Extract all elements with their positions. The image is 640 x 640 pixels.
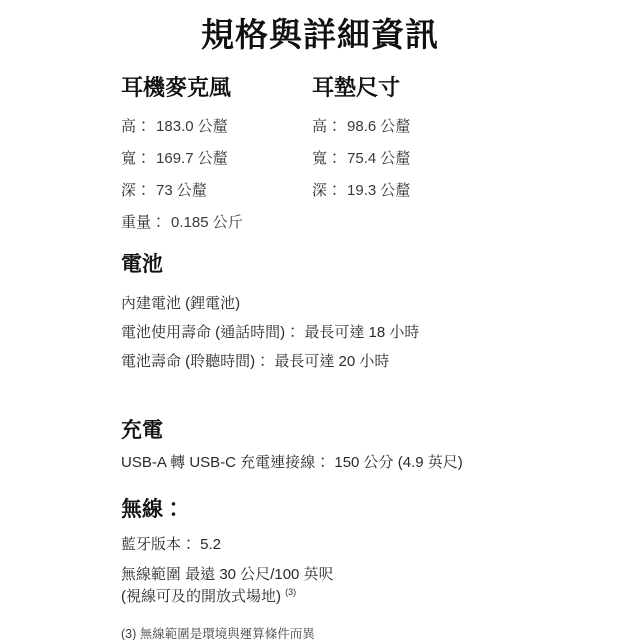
spec-label: 高： [121,118,151,135]
wireless-section: 無線： 藍牙版本： 5.2 無線範圍 最遠 30 公尺/100 英呎 (視線可及… [121,497,580,640]
spec-value: 98.6 公釐 [347,118,410,135]
spec-value: 0.185 公斤 [171,214,243,231]
wireless-range-paragraph: 無線範圍 最遠 30 公尺/100 英呎 (視線可及的開放式場地) (3) [121,564,580,608]
spec-row-headset-depth: 深：73 公釐 [121,175,312,207]
page-title: 規格與詳細資訊 [0,16,640,54]
battery-talk-time-line: 電池使用壽命 (通話時間)： 最長可達 18 小時 [121,323,580,343]
bluetooth-version-line: 藍牙版本： 5.2 [121,535,580,555]
spec-value: 19.3 公釐 [347,182,410,199]
battery-heading: 電池 [121,252,580,277]
earpad-dimensions-column: 耳墊尺寸 高：98.6 公釐 寬：75.4 公釐 深：19.3 公釐 [312,75,503,239]
charging-heading: 充電 [121,418,580,443]
headset-dimensions-column: 耳機麥克風 高：183.0 公釐 寬：169.7 公釐 深：73 公釐 重量：0… [121,75,312,239]
footnote-text: (3) 無線範圍是環境與運算條件而異 [121,626,580,640]
charging-cable-line: USB-A 轉 USB-C 充電連接線： 150 公分 (4.9 英尺) [121,453,580,473]
spec-label: 高： [312,118,342,135]
dimensions-columns: 耳機麥克風 高：183.0 公釐 寬：169.7 公釐 深：73 公釐 重量：0… [121,75,580,239]
headset-dimensions-heading: 耳機麥克風 [121,75,312,101]
spec-label: 重量： [121,214,166,231]
wireless-range-line2: (視線可及的開放式場地) [121,588,281,605]
spec-label: 深： [312,182,342,199]
footnote-marker: (3) [285,587,296,597]
charging-section: 充電 USB-A 轉 USB-C 充電連接線： 150 公分 (4.9 英尺) [121,418,580,473]
spec-label: 深： [121,182,151,199]
spec-row-headset-weight: 重量：0.185 公斤 [121,207,312,239]
spec-value: 75.4 公釐 [347,150,410,167]
earpad-dimensions-heading: 耳墊尺寸 [312,75,503,101]
spec-page: 規格與詳細資訊 耳機麥克風 高：183.0 公釐 寬：169.7 公釐 深：73… [0,0,640,640]
spec-label: 寬： [121,150,151,167]
battery-listen-time-line: 電池壽命 (聆聽時間)： 最長可達 20 小時 [121,352,580,372]
spec-value: 169.7 公釐 [156,150,228,167]
spec-value: 73 公釐 [156,182,207,199]
battery-section: 電池 內建電池 (鋰電池) 電池使用壽命 (通話時間)： 最長可達 18 小時 … [121,252,580,371]
spec-value: 183.0 公釐 [156,118,228,135]
wireless-range-line1: 無線範圍 最遠 30 公尺/100 英呎 [121,566,334,583]
spec-row-earpad-depth: 深：19.3 公釐 [312,175,503,207]
spec-label: 寬： [312,150,342,167]
spec-row-earpad-height: 高：98.6 公釐 [312,111,503,143]
spec-content: 耳機麥克風 高：183.0 公釐 寬：169.7 公釐 深：73 公釐 重量：0… [0,75,640,640]
battery-type-line: 內建電池 (鋰電池) [121,294,580,314]
spec-row-headset-width: 寬：169.7 公釐 [121,143,312,175]
wireless-heading: 無線： [121,497,580,522]
spec-row-headset-height: 高：183.0 公釐 [121,111,312,143]
spec-row-earpad-width: 寬：75.4 公釐 [312,143,503,175]
